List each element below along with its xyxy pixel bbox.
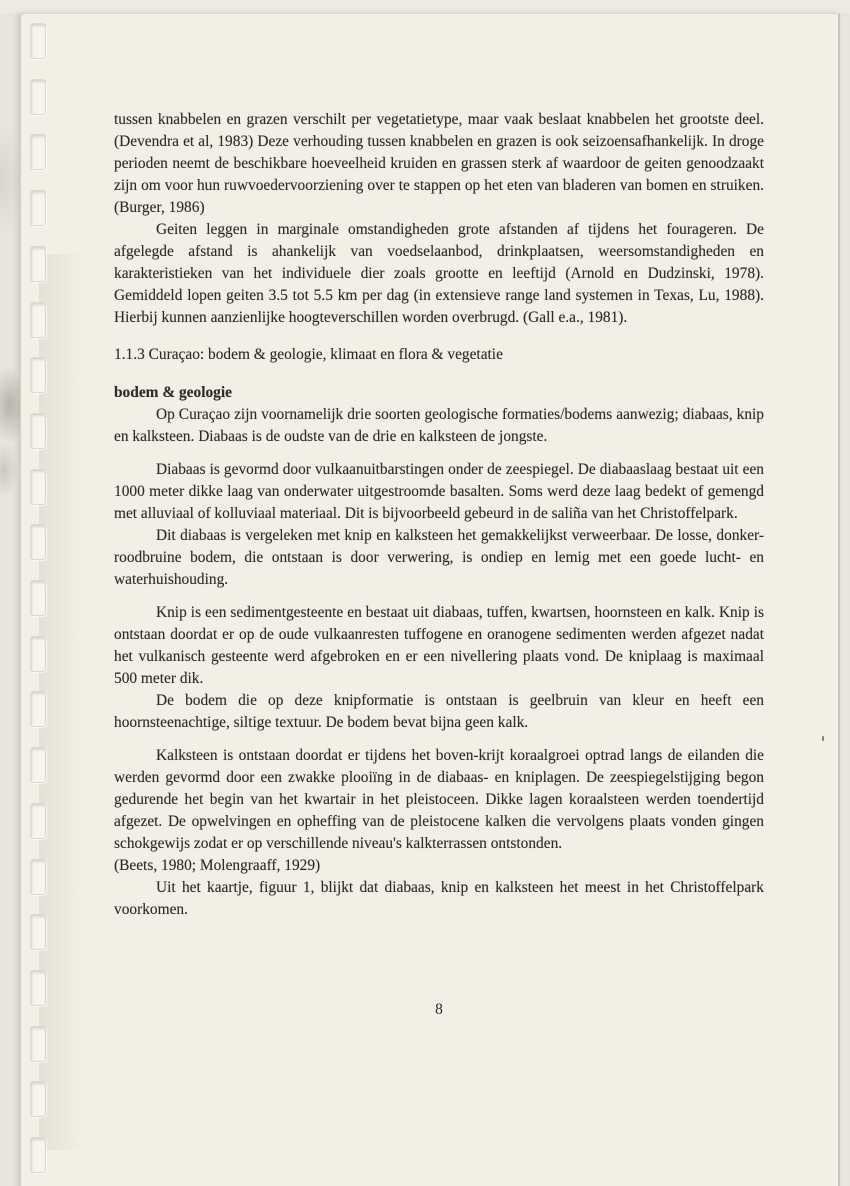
binding-hole: [30, 134, 46, 170]
binding-holes-column: [21, 14, 51, 1186]
binding-hole: [30, 246, 46, 282]
binding-hole: [30, 302, 46, 338]
paper-sheet: tussen knabbelen en grazen verschilt per…: [20, 13, 840, 1186]
binding-hole: [30, 1026, 46, 1062]
binding-hole: [30, 469, 46, 505]
paragraph: De bodem die op deze knipformatie is ont…: [114, 690, 764, 734]
binding-hole: [30, 859, 46, 895]
binding-hole: [30, 357, 46, 393]
paragraph: tussen knabbelen en grazen verschilt per…: [114, 109, 764, 219]
binding-hole: [30, 23, 46, 59]
paragraph: Dit diabaas is vergeleken met knip en ka…: [114, 525, 764, 591]
subsection-heading: bodem & geologie: [114, 382, 764, 404]
paragraph: Uit het kaartje, figuur 1, blijkt dat di…: [114, 877, 764, 921]
scanned-page-background: tussen knabbelen en grazen verschilt per…: [0, 0, 850, 1186]
binding-hole: [30, 970, 46, 1006]
paragraph: Kalksteen is ontstaan doordat er tijdens…: [114, 745, 764, 855]
binding-hole: [30, 1081, 46, 1117]
paragraph: Op Curaçao zijn voornamelijk drie soorte…: [114, 404, 764, 448]
binding-hole: [30, 79, 46, 115]
binding-hole: [30, 1137, 46, 1173]
binding-hole: [30, 524, 46, 560]
citation-line: (Beets, 1980; Molengraaff, 1929): [114, 855, 764, 877]
binding-hole: [30, 691, 46, 727]
section-heading: 1.1.3 Curaçao: bodem & geologie, klimaat…: [114, 344, 764, 366]
paragraph: Diabaas is gevormd door vulkaanuitbarsti…: [114, 459, 764, 525]
binding-hole: [30, 580, 46, 616]
page-number: 8: [114, 999, 764, 1021]
page-content: tussen knabbelen en grazen verschilt per…: [114, 109, 764, 921]
binding-hole: [30, 914, 46, 950]
binding-hole: [30, 636, 46, 672]
paragraph: Knip is een sedimentgesteente en bestaat…: [114, 602, 764, 690]
paragraph: Geiten leggen in marginale omstandighede…: [114, 219, 764, 329]
scan-speck: [822, 736, 824, 741]
binding-hole: [30, 803, 46, 839]
binding-hole: [30, 190, 46, 226]
binding-hole: [30, 413, 46, 449]
binding-hole: [30, 747, 46, 783]
